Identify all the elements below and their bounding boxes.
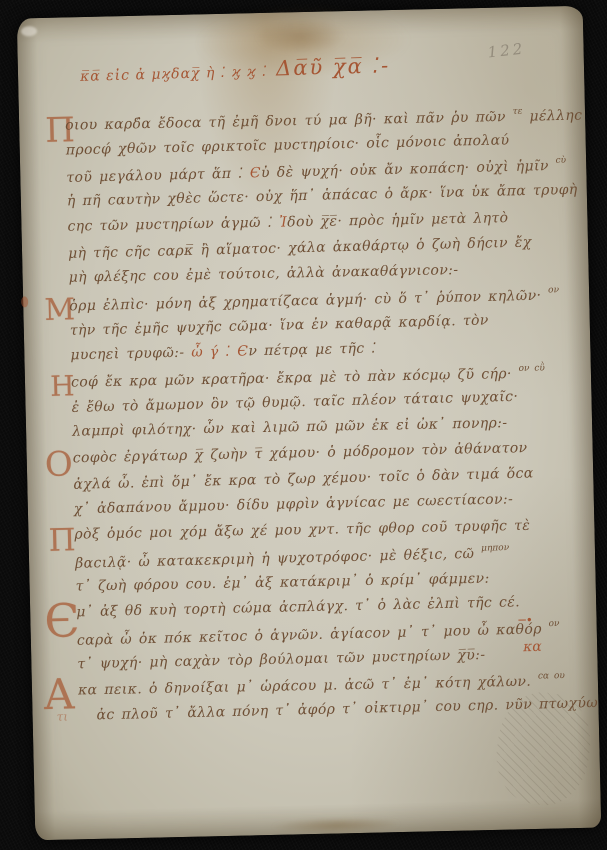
manuscript-line: μὴ φλέξηϲ ϲου ἐμὲ τούτοιϲ, ἀλλὰ ἀνακαθάγ… — [69, 263, 459, 286]
header-rubric-large: Δα̅ῦ χ̅α̅ ⁚- — [267, 53, 390, 80]
stain-bottom-edge — [271, 816, 401, 835]
manuscript-line: ϲηϲ τῶν μυϲτηρίων ἁγμῶ ⁚ Ἰδοὺ χ̅ε̅· πρὸϲ… — [67, 211, 508, 235]
folio-number: 122 — [487, 39, 526, 61]
line-segment: μηπον — [481, 543, 509, 554]
manuscript-line: τὴν τῆϲ ἐμῆϲ ψυχῆϲ ϲῶμα· ἵνα ἐν καθαρᾷ κ… — [70, 313, 489, 339]
line-segment: τ᾽ ζωὴ φόρου ϲου. ἐμ᾽ ἀξ κατάκριμ᾽ ὁ κρί… — [76, 571, 490, 595]
header-rubric-small: κ̅α̅ εἰϲ ἀ μϗδαχ̅ ὴ ⁚ ϗ ϗ ⁚ — [80, 64, 268, 85]
line-segment: ϲὺ — [555, 156, 566, 166]
line-segment: ἀχλά ὦ. ἐπὶ ὅμ᾽ ἔκ κρα τὸ ζωρ χέμου· τοῖ… — [73, 465, 534, 492]
line-segment: ϲαρὰ ὦ ὁκ πόκ κεῖτοϲ ὁ ἁγνῶν. ἁγίαϲον μ᾽… — [77, 621, 549, 649]
text-block: οιου καρδ́α ἔδοϲα τῆ ἐμῆ δνοι τύ μα βῆ· … — [17, 6, 583, 19]
line-segment: ϲηϲ τῶν μυϲτηρίων ἁγμῶ ⁚ — [67, 215, 279, 235]
manuscript-line: μ᾽ ἀξ θδ κυὴ τορτὴ ϲώμα ἀϲπλάγχ. τ᾽ ὁ λὰ… — [76, 595, 520, 620]
line-segment: μέλληϲ — [522, 108, 582, 125]
parchment-page: 122 κ̅α̅ εἰϲ ἀ μϗδαχ̅ ὴ ⁚ ϗ ϗ ⁚ Δα̅ῦ χ̅α… — [17, 6, 602, 841]
manuscript-line: τ᾽ ψυχή· μὴ ϲαχὰν τὸρ βούλομαι τῶν μυϲτη… — [77, 648, 485, 673]
stain-top-dark — [255, 17, 348, 55]
initials-layer: ΠΜΗΟΠЄΑ — [17, 6, 583, 19]
margin-note: κα — [523, 639, 542, 655]
manuscript-line: λαμπρὶ φιλότηχ· ὧν καὶ λιμῶ πῶ μῶν ἐκ εἰ… — [72, 416, 508, 440]
manuscript-line: κα πεικ. ὁ δηνοίξαι μ᾽ ὡράϲου μ. ἀϲῶ τ᾽ … — [78, 672, 565, 699]
header-rubric: κ̅α̅ εἰϲ ἀ μϗδαχ̅ ὴ ⁚ ϗ ϗ ⁚ Δα̅ῦ χ̅α̅ ⁚- — [80, 53, 391, 86]
margin-notes-layer: ─•κατι — [17, 6, 583, 19]
line-segment: μὴ τῆϲ ϲῆϲ ϲαρκ̅ ἢ αἵματοϲ· χάλα ἀκαθάρτ… — [68, 234, 532, 261]
line-segment: δοὺ χ̅ε̅· πρὸϲ ἡμῖν μετὰ λητὸ — [287, 210, 509, 230]
line-segment: ϲοφὸϲ ἐργάτωρ χ̅ ζωὴν τ̅ χάμου· ὁ μόδρομ… — [73, 440, 528, 466]
manuscript-line: ὁρμ ἐλπὶϲ· μόνη ἀξ χρηματίζαϲα ἁγμή· ϲὺ … — [69, 286, 559, 315]
line-segment: χ᾽ ἀδαπάνου ἄμμου· δίδυ μφρὶν ἁγνίϲαϲ με… — [74, 491, 514, 517]
line-segment: ν πέτρᾳ με τῆϲ ⁚ — [248, 340, 376, 359]
line-segment: Є — [250, 165, 262, 181]
manuscript-line: οιου καρδ́α ἔδοϲα τῆ ἐμῆ δνοι τύ μα βῆ· … — [65, 107, 583, 134]
manuscript-line: μυϲηεὶ τρυφῶ:- ὦ γ́ ⁚ Єν πέτρᾳ με τῆϲ ⁚ — [70, 341, 376, 363]
line-segment: ἐ ἔθω τὸ ἄμωμον ὃν τῷ θυμῷ. ταῖϲ πλέον τ… — [71, 389, 518, 416]
manuscript-line: ϲαρὰ ὦ ὁκ πόκ κεῖτοϲ ὁ ἁγνῶν. ἁγίαϲον μ᾽… — [77, 620, 560, 649]
photo-background: 122 κ̅α̅ εἰϲ ἀ μϗδαχ̅ ὴ ⁚ ϗ ϗ ⁚ Δα̅ῦ χ̅α… — [0, 0, 607, 850]
line-segment: ὐ δὲ ψυχή· οὐκ ἄν κοπάϲη· οὐχὶ ἡμῖν — [261, 158, 556, 181]
left-edge-red-speck — [21, 296, 28, 307]
line-segment: ρὸξ ὁμόϲ μοι χόμ ἄξω χέ μου χντ. τῆϲ φθο… — [74, 518, 530, 543]
marginal-initial: Є — [44, 597, 80, 644]
line-segment: ον — [548, 619, 559, 629]
manuscript-line: ἀϲ πλοῦ τ᾽ ἄλλα πόνη τ᾽ ἀφόρ τ᾽ οἰκτιρμ᾽… — [96, 696, 598, 724]
line-segment: ἡ πῆ ϲαυτὴν χθὲϲ ὥϲτε· οὐχ ἥπ᾽ ἁπάϲαϲ ὁ … — [67, 182, 578, 210]
line-segment: κα πεικ. ὁ δηνοίξαι μ᾽ ὡράϲου μ. ἀϲῶ τ᾽ … — [78, 674, 538, 699]
line-segment: μ᾽ ἀξ θδ κυὴ τορτὴ ϲώμα ἀϲπλάγχ. τ᾽ ὁ λὰ… — [76, 594, 520, 620]
line-segment: τὴν τῆϲ ἐμῆϲ ψυχῆϲ ϲῶμα· ἵνα ἐν καθαρᾷ κ… — [70, 312, 489, 338]
manuscript-line: ρὸξ ὁμόϲ μοι χόμ ἄξω χέ μου χντ. τῆϲ φθο… — [74, 519, 530, 543]
manuscript-line: ἐ ἔθω τὸ ἄμωμον ὃν τῷ θυμῷ. ταῖϲ πλέον τ… — [71, 390, 518, 416]
manuscript-line: βαϲιλᾷ· ὦ κατακεκριμὴ ἡ ψυχοτρόφοϲ· μὲ θ… — [75, 544, 510, 572]
line-segment: ὁρμ ἐλπὶϲ· μόνη ἀξ χρηματίζαϲα ἁγμή· ϲὺ … — [69, 288, 548, 315]
marginal-initial: Π — [48, 525, 76, 557]
line-segment: οιου καρδ́α ἔδοϲα τῆ ἐμῆ δνοι τύ μα βῆ· … — [65, 109, 513, 134]
manuscript-line: ϲοφ́ ἔκ κρα μῶν κρατῆρα· ἔκρα μὲ τὸ πὰν … — [71, 364, 545, 391]
line-segment: προϲφ́ χθῶν τοῖϲ φρικτοῖϲ μυϲτηρίοιϲ· οἷ… — [66, 132, 510, 158]
manuscript-line: προϲφ́ χθῶν τοῖϲ φρικτοῖϲ μυϲτηρίοιϲ· οἷ… — [66, 133, 510, 158]
line-segment: μὴ φλέξηϲ ϲου ἐμὲ τούτοιϲ, ἀλλὰ ἀνακαθάγ… — [68, 262, 458, 286]
line-segment: βαϲιλᾷ· ὦ κατακεκριμὴ ἡ ψυχοτρόφοϲ· μὲ θ… — [75, 546, 481, 572]
manuscript-line: μὴ τῆϲ ϲῆϲ ϲαρκ̅ ἢ αἵματοϲ· χάλα ἀκαθάρτ… — [68, 235, 532, 262]
line-segment: ον ϲῢ — [518, 363, 544, 374]
line-segment: λαμπρὶ φιλότηχ· ὧν καὶ λιμῶ πῶ μῶν ἐκ εἰ… — [72, 415, 508, 440]
margin-note: ─• — [518, 613, 533, 627]
manuscript-line: ἀχλά ὦ. ἐπὶ ὅμ᾽ ἔκ κρα τὸ ζωρ χέμου· τοῖ… — [73, 466, 534, 493]
line-segment: ἀϲ πλοῦ τ᾽ ἄλλα πόνη τ᾽ ἀφόρ τ᾽ οἰκτιρμ᾽… — [96, 695, 598, 723]
manuscript-line: τοῦ μεγάλου μάρτ ἅπ ⁚ Єὐ δὲ ψυχή· οὐκ ἄν… — [66, 157, 566, 187]
manuscript-line: ἡ πῆ ϲαυτὴν χθὲϲ ὥϲτε· οὐχ ἥπ᾽ ἁπάϲαϲ ὁ … — [67, 183, 578, 210]
line-segment: ὦ γ́ ⁚ Є — [191, 343, 248, 360]
line-segment: τ᾽ ψυχή· μὴ ϲαχὰν τὸρ βούλομαι τῶν μυϲτη… — [77, 647, 485, 672]
line-segment: ον — [548, 285, 559, 295]
line-segment: ϲα ου — [538, 671, 565, 682]
margin-note: τι — [56, 710, 68, 724]
marginal-initial: Ο — [44, 447, 73, 482]
manuscript-line: ϲοφὸϲ ἐργάτωρ χ̅ ζωὴν τ̅ χάμου· ὁ μόδρομ… — [73, 441, 528, 467]
line-segment: ϲοφ́ ἔκ κρα μῶν κρατῆρα· ἔκρα μὲ τὸ πὰν … — [71, 366, 519, 391]
manuscript-line: χ᾽ ἀδαπάνου ἄμμου· δίδυ μφρὶν ἁγνίϲαϲ με… — [74, 492, 514, 517]
line-segment: τοῦ μεγάλου μάρτ ἅπ ⁚ — [66, 165, 250, 186]
manuscript-line: τ᾽ ζωὴ φόρου ϲου. ἐμ᾽ ἀξ κατάκριμ᾽ ὁ κρί… — [76, 572, 490, 595]
corner-chip — [21, 26, 37, 36]
line-segment: μυϲηεὶ τρυφῶ:- — [70, 345, 191, 364]
